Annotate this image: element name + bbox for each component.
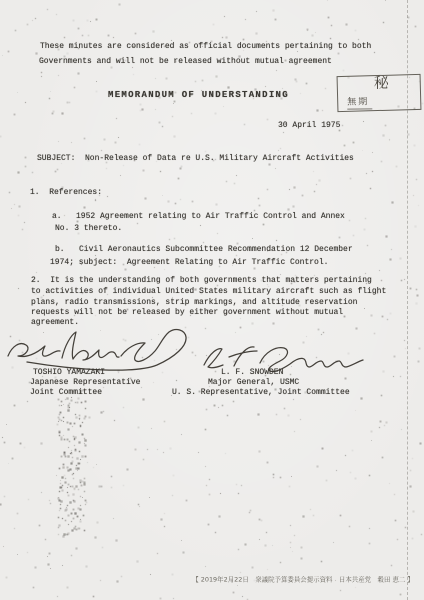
signer-role-right: Major General, USMC [208,378,299,388]
paragraph-2-line-1: 2. It is the understanding of both gover… [31,276,372,286]
yamazaki-signature-icon [5,327,200,373]
subject-line: SUBJECT: Non-Release of Data re U.S. Mil… [37,154,354,164]
references-heading: 1. References: [30,188,102,198]
reference-a-line-1: a. 1952 Agreement relating to Air Traffi… [52,212,345,222]
signer-role-left: Japanese Representative [30,378,140,388]
memo-date: 30 April 1975 [278,121,340,131]
paragraph-2-line-3: plans, radio transmissions, strip markin… [31,298,357,308]
stamp-secret-kanji: 秘 [374,75,389,92]
scan-edge-line [407,0,408,600]
stamp-term-kanji: 無期 [347,97,372,109]
signer-org-left: Joint Committee [30,388,102,398]
reference-a-line-2: No. 3 thereto. [55,224,122,234]
header-note-line-1: These minutes are considered as official… [40,42,371,52]
reference-b-line-1: b. Civil Aeronautics Subcommittee Recomm… [55,245,353,255]
classification-stamp: 秘 無期 [337,74,422,112]
reference-b-line-2: 1974; subject: Agreement Relating to Air… [50,258,328,268]
signer-name-left: TOSHIO YAMAZAKI [33,368,105,378]
signer-org-right: U. S. Representative, Joint Committee [172,388,350,398]
signer-name-right: L. F. SNOWDEN [221,368,283,378]
paragraph-2-line-4: requests will not be released by either … [31,308,343,318]
scanned-document-page: These minutes are considered as official… [0,0,424,600]
paragraph-2-line-2: to activities of individual United State… [31,287,386,297]
noise-speckles [0,0,1,1]
footer-source-caption: 【 2019年2月22日 衆議院予算委員会提示資料 日本共産党 穀田 恵二 】 [192,576,414,583]
memo-title: MEMORANDUM OF UNDERSTANDING [108,90,289,100]
header-note-line-2: Governments and will not be released wit… [39,57,332,67]
